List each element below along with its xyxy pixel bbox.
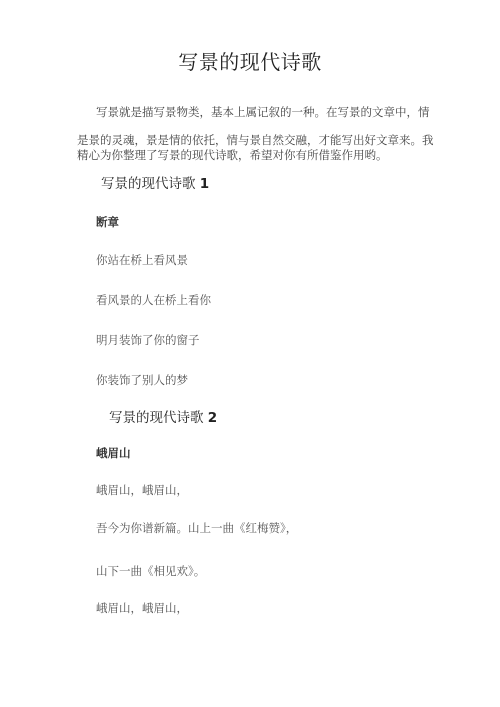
section-heading-text: 写景的现代诗歌 — [109, 410, 204, 426]
poem-1-line-4: 你装饰了别人的梦 — [96, 372, 188, 388]
section-heading-text: 写景的现代诗歌 — [101, 176, 196, 192]
poem-1-line-1: 你站在桥上看风景 — [96, 252, 188, 268]
section-number: 1 — [200, 176, 209, 192]
poem-1-title: 断章 — [96, 214, 119, 230]
intro-line-2: 是景的灵魂，景是情的依托，情与景自然交融，才能写出好文章来。我 — [77, 132, 434, 148]
section-2-heading: 写景的现代诗歌 2 — [109, 406, 217, 426]
intro-line-3: 精心为你整理了写景的现代诗歌，希望对你有所借鉴作用哟。 — [77, 147, 388, 163]
poem-2-line-4: 峨眉山，峨眉山， — [96, 600, 188, 616]
poem-1-line-2: 看风景的人在桥上看你 — [96, 292, 211, 308]
poem-2-title: 峨眉山 — [96, 445, 131, 461]
page-title: 写景的现代诗歌 — [0, 46, 500, 75]
poem-1-line-3: 明月装饰了你的窗子 — [96, 332, 200, 348]
poem-2-line-3: 山下一曲《相见欢》。 — [96, 563, 205, 579]
intro-line-1: 写景就是描写景物类，基本上属记叙的一种。在写景的文章中，情 — [96, 104, 430, 120]
section-1-heading: 写景的现代诗歌 1 — [101, 172, 209, 192]
poem-2-line-1: 峨眉山，峨眉山， — [96, 482, 188, 498]
poem-2-line-2: 吾今为你谱新篇。山上一曲《红梅赞》， — [96, 520, 297, 536]
section-number: 2 — [208, 410, 217, 426]
